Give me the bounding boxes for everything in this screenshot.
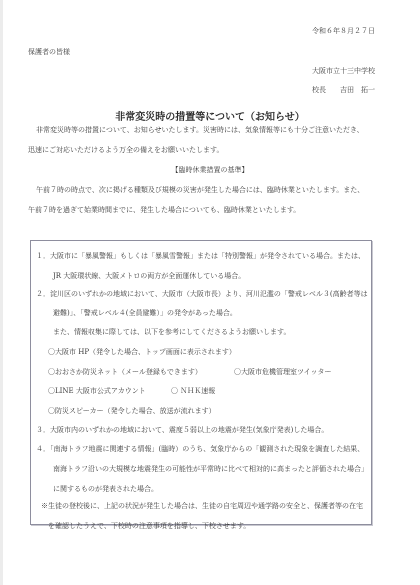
- document-title: 非常変災時の措置等について（お知らせ）: [0, 108, 420, 123]
- principal-name: 校長 吉田 拓一: [312, 86, 375, 95]
- criteria-intro-line-1: 午前７時の時点で、次に掲げる種類及び規模の災害が発生した場合には、臨時休業といた…: [36, 186, 364, 195]
- criterion-1-line-2: JR 大阪環状線、大阪メトロの両方が全面運休している場合。: [53, 272, 245, 281]
- source-nhk: 〇 ＮＨＫ速報: [171, 387, 215, 396]
- criterion-4-line-1: ４．「南海トラフ地震に関連する情報」(臨時）のうち、気象庁からの「観測された現象…: [36, 445, 364, 454]
- page-edge: [0, 0, 3, 585]
- source-osaka-hp: 〇大阪市 HP（発令した場合、トップ画面に表示されます）: [48, 348, 236, 357]
- criterion-2-line-2: 避難)」、「警戒レベル４(全員避難）」の発令があった場合。: [53, 309, 237, 318]
- note-line-1: ※生徒の登校後に、上記の状況が発生した場合は、生徒の自宅周辺や通学路の安全と、保…: [41, 502, 363, 511]
- criterion-2-line-1: ２．淀川区のいずれかの地域において、大阪市（大阪市長）より、河川氾濫の「警戒レベ…: [36, 290, 368, 299]
- criterion-4-line-2: 南海トラフ沿いの大規模な地震発生の可能性が平常時に比べて相対的に高まったと評価さ…: [53, 465, 368, 474]
- criterion-3: ３．大阪市内のいずれかの地域において、震度５弱以上の地震が発生(気象庁発表)した…: [36, 426, 328, 435]
- source-line: 〇LINE 大阪市公式アカウント: [48, 387, 146, 396]
- criteria-intro-line-2: 午前７時を過ぎて始業時間までに、発生した場合についても、臨時休業といたします。: [28, 206, 300, 215]
- recipient: 保護者の皆様: [28, 48, 70, 57]
- school-name: 大阪市立十三中学校: [312, 67, 375, 76]
- section-heading: 【臨時休業措置の基準】: [0, 166, 420, 175]
- criterion-4-line-3: に関するものが発表された場合。: [53, 485, 158, 494]
- note-line-2: を確認したうえで、下校時の注意事項を指導し、下校させます。: [48, 522, 250, 531]
- source-twitter: 〇大阪市危機管理室ツイッター: [234, 368, 332, 377]
- date: 令和６年８月２７日: [312, 27, 375, 36]
- intro-line-2: 迅速にご対応いただけるよう万全の備えをお願いいたします。: [28, 146, 223, 155]
- criteria-box: [30, 240, 372, 525]
- source-bousai-net: 〇おおさか防災ネット（メール登録もできます）: [48, 368, 202, 377]
- criterion-1-line-1: １．大阪市に「暴風警報」もしくは「暴風雪警報」または「特別警報」が発令されている…: [36, 252, 365, 261]
- intro-line-1: 非常変災時等の措置について、お知らせいたします。災害時には、気象情報等にも十分ご…: [36, 126, 364, 135]
- criterion-2-line-3: また、情報収集に際しては、以下を参考にしてくださるようお願いします。: [53, 328, 290, 337]
- source-speaker: 〇防災スピーカー（発令した場合、放送が流れます）: [48, 407, 216, 416]
